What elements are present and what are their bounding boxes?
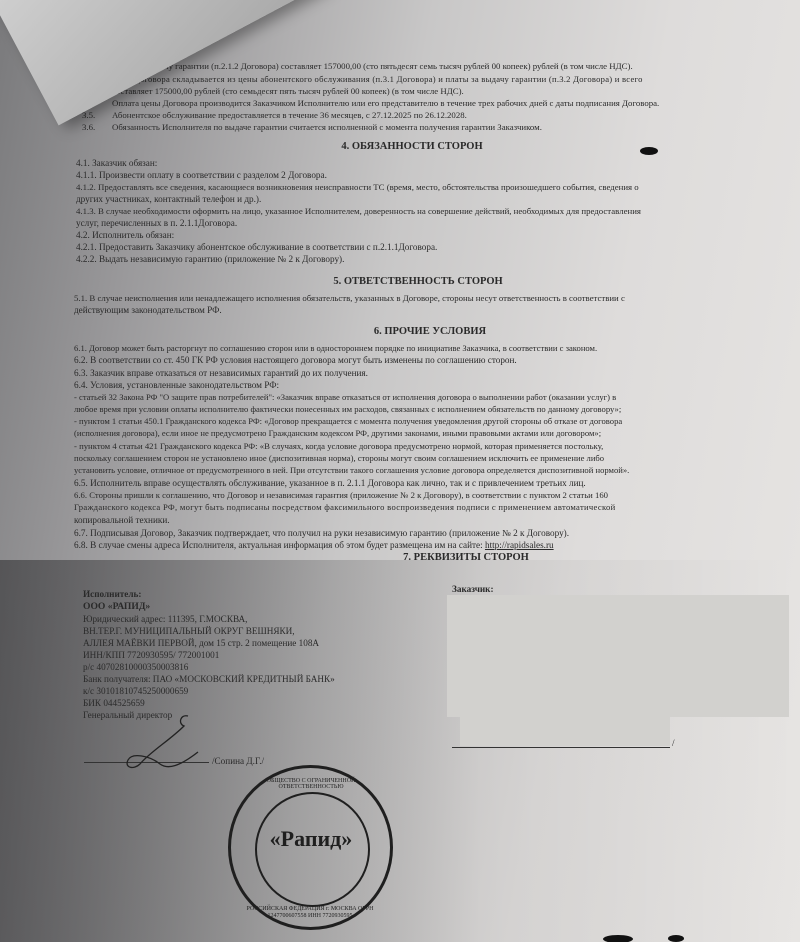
price-line-2: составляет 175000,00 рублей (сто семьдес…: [112, 86, 464, 97]
clause-6-2: 6.2. В соответствии со ст. 450 ГК РФ усл…: [74, 355, 517, 366]
clause-4-1-2: 4.1.2. Предоставлять все сведения, касаю…: [76, 182, 639, 193]
contract-page: НДС). Плата за выдачу гарантии (п.2.1.2 …: [0, 0, 800, 942]
ink-blot: [603, 935, 633, 942]
section-4-heading: 4. ОБЯЗАННОСТИ СТОРОН: [12, 141, 800, 152]
executor-address-3: АЛЛЕЯ МАЁВКИ ПЕРВОЙ, дом 15 стр. 2 помещ…: [83, 638, 319, 649]
clause-4-2-2: 4.2.2. Выдать независимую гарантию (прил…: [76, 254, 344, 265]
clause-4-1-1: 4.1.1. Произвести оплату в соответствии …: [76, 170, 327, 181]
section-6-heading: 6. ПРОЧИЕ УСЛОВИЯ: [30, 326, 800, 337]
clause-6-4-c-cont-1: поскольку соглашением сторон не установл…: [74, 453, 604, 464]
redacted-customer-signature: [460, 716, 670, 746]
stamp-top-arc: ОБЩЕСТВО С ОГРАНИЧЕННОЙ ОТВЕТСТВЕННОСТЬЮ: [261, 778, 361, 790]
customer-sign-end: /: [672, 738, 675, 749]
clause-6-4-b: - пунктом 1 статьи 450.1 Гражданского ко…: [74, 416, 622, 427]
website-link[interactable]: http://rapidsales.ru: [485, 540, 554, 550]
executor-corr-account: к/с 30101810745250000659: [83, 686, 188, 697]
stamp-bottom-arc: РОССИЙСКАЯ ФЕДЕРАЦИЯ г. МОСКВА ОГРН 1247…: [245, 906, 375, 920]
clause-6-7: 6.7. Подписывая Договор, Заказчик подтве…: [74, 528, 569, 539]
executor-account: р/с 40702810000350003816: [83, 662, 188, 673]
clause-6-4-c-cont-2: установить условие, отличное от предусмо…: [74, 465, 629, 476]
section-7-heading: 7. РЕКВИЗИТЫ СТОРОН: [66, 552, 800, 563]
clause-5-1: 5.1. В случае неисполнения или ненадлежа…: [74, 293, 625, 304]
stamp-company-name: «Рапид»: [231, 826, 391, 852]
ink-blot: [640, 147, 658, 155]
executor-company: ООО «РАПИД»: [83, 601, 150, 612]
clause-5-1-cont: действующим законодательством РФ.: [74, 305, 222, 316]
clause-6-5: 6.5. Исполнитель вправе осуществлять обс…: [74, 478, 586, 489]
clause-3-4: 3.4.Оплата цены Договора производится За…: [82, 98, 659, 109]
clause-3-5: 3.5.Абонентское обслуживание предоставля…: [82, 110, 467, 121]
clause-6-4: 6.4. Условия, установленные законодатель…: [74, 380, 279, 391]
clause-6-6-cont-2: копировальной техники.: [74, 515, 170, 526]
clause-3-6: 3.6.Обязанность Исполнителя по выдаче га…: [82, 122, 542, 133]
clause-4-1: 4.1. Заказчик обязан:: [76, 158, 157, 169]
clause-4-2: 4.2. Исполнитель обязан:: [76, 230, 174, 241]
clause-4-1-3: 4.1.3. В случае необходимости оформить н…: [76, 206, 641, 217]
executor-bank: Банк получателя: ПАО «МОСКОВСКИЙ КРЕДИТН…: [83, 674, 335, 685]
section-5-heading: 5. ОТВЕТСТВЕННОСТЬ СТОРОН: [18, 276, 800, 287]
redacted-customer-block: [447, 595, 789, 717]
executor-address-1: Юридический адрес: 111395, Г.МОСКВА,: [83, 614, 247, 625]
clause-4-1-2-cont: других участниках, контактный телефон и …: [76, 194, 261, 205]
signature-icon: [110, 712, 230, 772]
clause-6-6: 6.6. Стороны пришли к соглашению, что До…: [74, 490, 608, 501]
executor-inn-kpp: ИНН/КПП 7720930595/ 772001001: [83, 650, 219, 661]
customer-label: Заказчик:: [452, 584, 494, 595]
clause-6-8: 6.8. В случае смены адреса Исполнителя, …: [74, 540, 554, 551]
executor-bik: БИК 044525659: [83, 698, 145, 709]
customer-signature-line: [452, 747, 670, 748]
clause-4-1-3-cont: услуг, перечисленных в п. 2.1.1Договора.: [76, 218, 237, 229]
clause-4-2-1: 4.2.1. Предоставить Заказчику абонентско…: [76, 242, 437, 253]
clause-6-4-c: - пунктом 4 статьи 421 Гражданского коде…: [74, 441, 603, 452]
clause-6-6-cont: Гражданского кодекса РФ, могут быть подп…: [74, 502, 616, 513]
company-stamp: «Рапид» ОБЩЕСТВО С ОГРАНИЧЕННОЙ ОТВЕТСТВ…: [228, 765, 393, 930]
clause-6-1: 6.1. Договор может быть расторгнут по со…: [74, 343, 597, 354]
ink-blot: [668, 935, 684, 942]
clause-6-4-a: - статьей 32 Закона РФ "О защите прав по…: [74, 392, 616, 403]
clause-6-4-b-cont: (исполнения договора), если иное не пред…: [74, 428, 601, 439]
price-line-1: Цена Договора складывается из цены абоне…: [112, 74, 643, 85]
clause-6-3: 6.3. Заказчик вправе отказаться от незав…: [74, 368, 368, 379]
executor-label: Исполнитель:: [83, 589, 141, 600]
guarantee-fee-line: Плата за выдачу гарантии (п.2.1.2 Догово…: [112, 61, 633, 72]
clause-6-4-a-cont: любое время при условии оплаты исполните…: [74, 404, 621, 415]
executor-address-2: ВН.ТЕР.Г. МУНИЦИПАЛЬНЫЙ ОКРУГ ВЕШНЯКИ,: [83, 626, 295, 637]
